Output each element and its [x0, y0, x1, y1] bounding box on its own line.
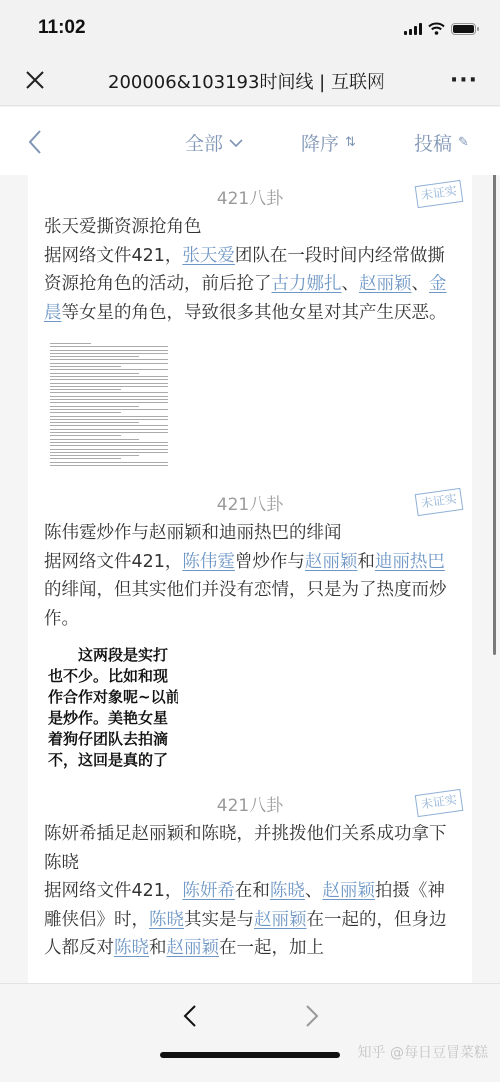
- body-text: 和: [149, 938, 167, 958]
- image-text-line: 是炒作。美艳女星: [48, 708, 178, 729]
- entry-source: 421八卦: [44, 177, 456, 209]
- watermark: 知乎 @每日豆冒菜糕: [358, 1042, 488, 1062]
- body-text: 的绯闻，但其实他们并没有恋情，只是为了热度而炒作。: [44, 580, 447, 629]
- image-text-line: 也不少。比如和现: [48, 666, 178, 687]
- status-icons: [404, 22, 476, 35]
- cellular-signal-icon: [404, 23, 422, 35]
- forward-arrow-icon[interactable]: [305, 1004, 319, 1028]
- person-link[interactable]: 陈晓: [114, 938, 149, 958]
- body-text: 、: [305, 881, 323, 901]
- pencil-icon: ✎: [458, 135, 469, 150]
- battery-icon: [451, 23, 476, 35]
- body-text: 在和: [235, 881, 270, 901]
- sort-label: 降序: [301, 129, 339, 156]
- image-text-line: 着狗仔团队去拍滴: [48, 729, 178, 750]
- scrollbar[interactable]: [493, 175, 496, 655]
- body-text: 曾炒作与: [235, 552, 305, 572]
- timeline-content[interactable]: 421八卦 未证实 张天爱撕资源抢角色 据网络文件421，张天爱团队在一段时间内…: [0, 175, 500, 983]
- text-image-thumbnail[interactable]: 这两段是实打也不少。比如和现作合作对象呢~以前是炒作。美艳女星着狗仔团队去拍滴不…: [48, 645, 178, 770]
- person-link[interactable]: 赵丽颖: [359, 274, 412, 294]
- person-link[interactable]: 迪丽热巴: [375, 552, 445, 572]
- person-link[interactable]: 陈晓: [149, 910, 184, 930]
- body-text: 、: [412, 274, 430, 294]
- sort-descending-button[interactable]: 降序 ⇅: [301, 129, 356, 156]
- filter-all-label: 全部: [185, 129, 223, 156]
- person-link[interactable]: 赵丽颖: [305, 552, 358, 572]
- submit-post-button[interactable]: 投稿 ✎: [414, 129, 469, 156]
- person-link[interactable]: 赵丽颖: [322, 881, 375, 901]
- timeline-entry: 421八卦 未证实 陈妍希插足赵丽颖和陈晓，并挑拨他们关系成功拿下陈晓 据网络文…: [28, 784, 472, 963]
- back-chevron-icon[interactable]: [26, 129, 44, 155]
- entry-source: 421八卦: [44, 784, 456, 816]
- person-link[interactable]: 陈晓: [270, 881, 305, 901]
- sort-icon: ⇅: [345, 135, 356, 150]
- body-text: 据网络文件421，: [44, 552, 182, 572]
- image-text-line: 这两段是实打: [48, 645, 178, 666]
- person-link[interactable]: 古力娜扎: [272, 274, 342, 294]
- entry-title: 陈妍希插足赵丽颖和陈晓，并挑拨他们关系成功拿下陈晓: [44, 820, 456, 877]
- body-text: 和: [357, 552, 375, 572]
- post-label: 投稿: [414, 129, 452, 156]
- browser-bottom-bar: 知乎 @每日豆冒菜糕: [0, 983, 500, 1082]
- entry-title: 陈伟霆炒作与赵丽颖和迪丽热巴的绯闻: [44, 519, 456, 548]
- person-link[interactable]: 陈伟霆: [182, 552, 235, 572]
- filter-all-dropdown[interactable]: 全部: [185, 129, 243, 156]
- entry-body: 据网络文件421，陈伟霆曾炒作与赵丽颖和迪丽热巴的绯闻，但其实他们并没有恋情，只…: [44, 548, 456, 634]
- person-link[interactable]: 陈妍希: [182, 881, 235, 901]
- page-title: 200006&103193时间线 | 互联网: [108, 68, 408, 94]
- status-bar: 11:02: [0, 0, 500, 54]
- more-options-icon[interactable]: ···: [450, 68, 478, 93]
- status-time: 11:02: [38, 17, 86, 39]
- image-text-line: 不，这回是真的了: [48, 750, 178, 770]
- home-indicator[interactable]: [160, 1052, 340, 1058]
- close-icon[interactable]: [22, 67, 48, 93]
- timeline-card: 421八卦 未证实 张天爱撕资源抢角色 据网络文件421，张天爱团队在一段时间内…: [28, 175, 472, 983]
- back-arrow-icon[interactable]: [183, 1004, 197, 1028]
- body-text: 等女星的角色，导致很多其他女星对其产生厌恶。: [62, 303, 447, 323]
- person-link[interactable]: 张天爱: [182, 246, 235, 266]
- body-text: 其实是与: [184, 910, 254, 930]
- entry-body: 据网络文件421，张天爱团队在一段时间内经常做撕资源抢角色的活动，前后抢了古力娜…: [44, 242, 456, 328]
- person-link[interactable]: 赵丽颖: [167, 938, 220, 958]
- timeline-entry: 421八卦 未证实 陈伟霆炒作与赵丽颖和迪丽热巴的绯闻 据网络文件421，陈伟霆…: [28, 483, 472, 770]
- chevron-down-icon: [229, 138, 243, 148]
- body-text: 据网络文件421，: [44, 246, 182, 266]
- image-text-line: 作合作对象呢~以前: [48, 687, 178, 708]
- browser-nav-bar: 200006&103193时间线 | 互联网 ···: [0, 54, 500, 106]
- body-text: 据网络文件421，: [44, 881, 182, 901]
- timeline-entry: 421八卦 未证实 张天爱撕资源抢角色 据网络文件421，张天爱团队在一段时间内…: [28, 175, 472, 469]
- wifi-icon: [428, 22, 445, 35]
- person-link[interactable]: 赵丽颖: [254, 910, 307, 930]
- entry-title: 张天爱撕资源抢角色: [44, 213, 456, 242]
- timeline-toolbar: 全部 降序 ⇅ 投稿 ✎: [0, 107, 500, 175]
- entry-source: 421八卦: [44, 483, 456, 515]
- entry-body: 据网络文件421，陈妍希在和陈晓、赵丽颖拍摄《神雕侠侣》时，陈晓其实是与赵丽颖在…: [44, 877, 456, 963]
- body-text: 、: [342, 274, 360, 294]
- document-image-thumbnail[interactable]: [44, 339, 174, 469]
- body-text: 在一起，加上: [219, 938, 324, 958]
